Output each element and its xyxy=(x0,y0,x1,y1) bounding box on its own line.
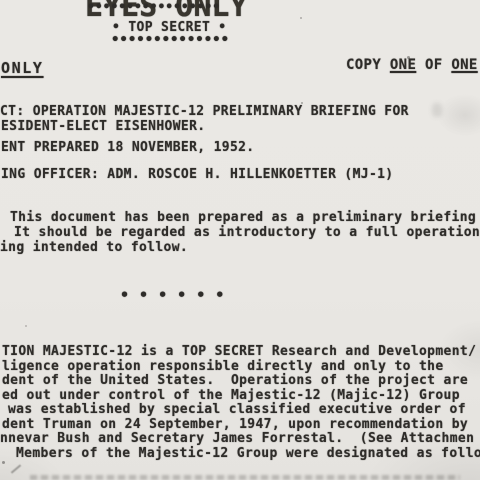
document-prepared-line: ENT PREPARED 18 NOVEMBER, 1952. xyxy=(1,140,254,155)
clipped-next-line-smear xyxy=(30,475,460,480)
body-paragraph-line-1: TION MAJESTIC-12 is a TOP SECRET Researc… xyxy=(2,344,476,359)
banner-dotted-underline: ••••••••••••••••• xyxy=(87,1,220,14)
body-paragraph-line-2: ligence operation responsible directly a… xyxy=(2,359,444,374)
copy-total-one: ONE xyxy=(451,57,477,73)
eyes-only-left-fragment: ONLY xyxy=(1,60,44,77)
scan-speckle xyxy=(300,17,302,19)
stamp-dotted-underline: •••••••••••••• xyxy=(111,33,229,48)
copy-of-word: OF xyxy=(416,57,451,73)
scan-speckle xyxy=(25,325,27,327)
body-paragraph-line-4: ed out under control of the Majestic-12 … xyxy=(2,388,460,403)
copy-count-one: ONE xyxy=(390,57,416,73)
body-paragraph-line-3: dent of the United States. Operations of… xyxy=(2,373,468,388)
scan-smudge xyxy=(432,103,442,117)
body-paragraph-line-8: Members of the Majestic-12 Group were de… xyxy=(16,446,480,461)
scan-speckle xyxy=(301,102,303,104)
scanned-document-page: EYES ONLY ••••••••••••••••• • TOP SECRET… xyxy=(0,0,480,480)
note-paragraph-line-1: This document has been prepared as a pre… xyxy=(10,210,476,225)
subject-line-operation: CT: OPERATION MAJESTIC-12 PRELIMINARY BR… xyxy=(0,104,409,119)
briefing-officer-line: ING OFFICER: ADM. ROSCOE H. HILLENKOETTE… xyxy=(1,167,393,182)
body-paragraph-line-5: was established by special classified ex… xyxy=(8,402,466,417)
scan-speckle xyxy=(2,461,5,464)
scan-stray-mark xyxy=(11,464,21,473)
scan-speckle xyxy=(407,56,410,59)
copy-number-line: COPY ONE OF ONE xyxy=(346,57,478,73)
copy-word: COPY xyxy=(346,57,390,73)
body-paragraph-line-6: dent Truman on 24 September, 1947, upon … xyxy=(2,417,468,432)
asterisk-separator: • • • • • • xyxy=(120,288,225,303)
subject-line-president: ESIDENT-ELECT EISENHOWER. xyxy=(1,119,205,134)
note-paragraph-line-2: It should be regarded as introductory to… xyxy=(14,225,480,240)
body-paragraph-line-7: nnevar Bush and Secretary James Forresta… xyxy=(0,431,474,446)
note-paragraph-line-3: ing intended to follow. xyxy=(0,240,188,255)
